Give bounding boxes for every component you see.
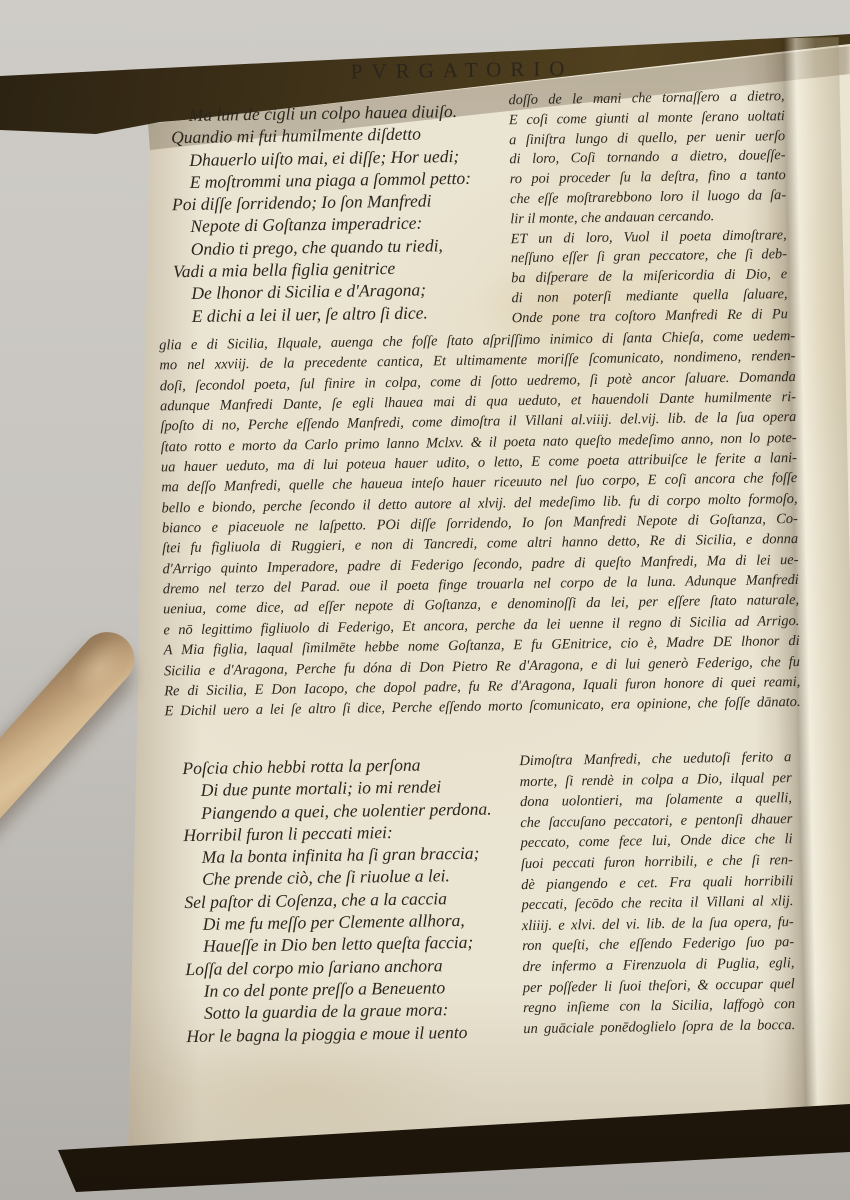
verse-block-bottom: Poſcia chio hebbi rotta la perſonaDi due… — [182, 752, 518, 1047]
commentary-line: Onde pone tra coſtoro Manfredi Re di Pu — [512, 305, 788, 329]
photo-backdrop: PVRGATORIO Ma lun de cigli un colpo haue… — [0, 0, 850, 1200]
commentary-paragraph: glia e di Sicilia, Ilquale, auenga che f… — [159, 326, 801, 722]
page-header-title: PVRGATORIO — [162, 53, 762, 87]
verse-line: Hor le bagna la pioggia e moue il uento — [186, 1020, 518, 1047]
commentary-block-top: doſſo de le mani che tornaſſero a dietro… — [508, 87, 787, 329]
verse-line: E dichi a lei il uer, ſe altro ſi dice. — [174, 300, 506, 327]
commentary-block-bottom: Dimoſtra Manfredi, che uedutoſi ferito a… — [519, 747, 795, 1039]
commentary-line: che eſſe moſtrarebbono loro il luogo da … — [510, 186, 786, 210]
page-content: PVRGATORIO Ma lun de cigli un colpo haue… — [0, 0, 850, 1200]
verse-block-top: Ma lun de cigli un colpo hauea diuiſo.Qu… — [171, 99, 506, 327]
commentary-line: un guāciale ponēdoglielo ſopra de la boc… — [523, 1015, 795, 1040]
